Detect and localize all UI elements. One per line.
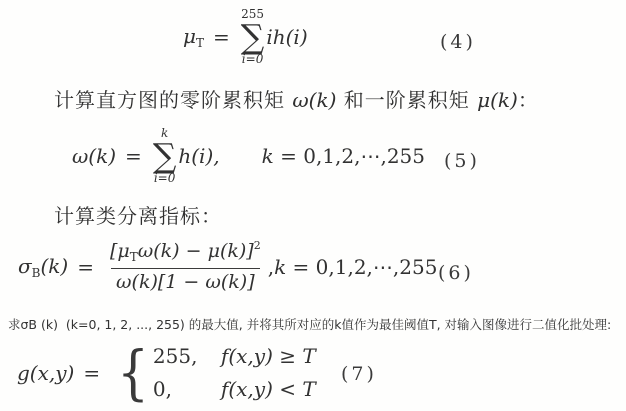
g-xy-lhs: g(x,y) — [17, 361, 74, 385]
equation-6-number: (6) — [438, 262, 474, 284]
case-2-value: 0, — [153, 377, 221, 401]
case-row-1: 255, f(x,y) ≥ T — [153, 344, 316, 368]
paragraph-1-text-mid: 和一阶累积矩 — [336, 88, 477, 112]
mu-T-symbol: μT — [183, 24, 204, 50]
summation-symbol: k ∑ i=0 — [153, 127, 177, 185]
fraction-numerator: [μTω(k) − μ(k)]2 — [105, 240, 266, 268]
equation-6-condition: ,k = 0,1,2,⋯,255 — [268, 255, 438, 279]
equals-sign: = — [83, 361, 100, 385]
numerator-superscript-2: 2 — [254, 239, 261, 252]
sigma-B-symbol: σB(k) — [18, 254, 68, 280]
cases-brace-icon: { — [117, 343, 149, 402]
equation-5-condition: k = 0,1,2,⋯,255 — [262, 144, 425, 168]
fraction: [μTω(k) − μ(k)]2 ω(k)[1 − ω(k)] — [105, 240, 266, 294]
mu-subscript-T: T — [196, 36, 204, 50]
equation-5: ω(k) = k ∑ i=0 h(i), k = 0,1,2,⋯,255 — [72, 127, 425, 185]
omega-k-lhs: ω(k) — [72, 144, 116, 168]
paragraph-1-colon: ： — [518, 88, 539, 112]
paragraph-max-threshold: 求σB (k) (k=0, 1, 2, ..., 255) 的最大值, 并将其所… — [8, 315, 611, 333]
equation-4: μT = 255 ∑ i=0 ih(i) — [183, 8, 308, 66]
equals-sign: = — [125, 144, 142, 168]
case-1-condition: f(x,y) ≥ T — [221, 344, 316, 368]
sigma-sum-icon: ∑ — [241, 21, 265, 52]
sum-lower-limit: i=0 — [242, 53, 264, 66]
sum-lower-limit: i=0 — [154, 172, 176, 185]
paragraph-cumulative-moments: 计算直方图的零阶累积矩 ω(k) 和一阶累积矩 μ(k)： — [54, 84, 539, 113]
case-row-2: 0, f(x,y) < T — [153, 377, 316, 401]
summation-symbol: 255 ∑ i=0 — [241, 8, 265, 66]
equals-sign: = — [77, 255, 94, 279]
equation-5-number: (5) — [444, 150, 480, 172]
fraction-denominator: ω(k)[1 − ω(k)] — [111, 268, 260, 294]
equation-4-body: ih(i) — [266, 25, 307, 49]
sigma-sum-icon: ∑ — [153, 140, 177, 171]
omega-k-inline: ω(k) — [292, 88, 336, 112]
equation-7: g(x,y) = { 255, f(x,y) ≥ T 0, f(x,y) < T — [17, 344, 316, 401]
equals-sign: = — [213, 25, 230, 49]
paper-page: μT = 255 ∑ i=0 ih(i) (4) 计算直方图的零阶累积矩 ω(k… — [0, 0, 626, 411]
numerator-subscript-T: T — [130, 250, 138, 264]
equation-7-number: (7) — [341, 363, 377, 385]
mu-k-inline: μ(k) — [477, 88, 518, 112]
cases-block: 255, f(x,y) ≥ T 0, f(x,y) < T — [153, 344, 316, 401]
paragraph-class-separation: 计算类分离指标： — [54, 200, 222, 229]
equation-6: σB(k) = [μTω(k) − μ(k)]2 ω(k)[1 − ω(k)] … — [18, 240, 437, 294]
equation-4-number: (4) — [440, 31, 476, 53]
case-2-condition: f(x,y) < T — [221, 377, 316, 401]
case-1-value: 255, — [153, 344, 221, 368]
paragraph-1-text-pre: 计算直方图的零阶累积矩 — [54, 88, 292, 112]
equation-5-body: h(i), — [178, 144, 219, 168]
